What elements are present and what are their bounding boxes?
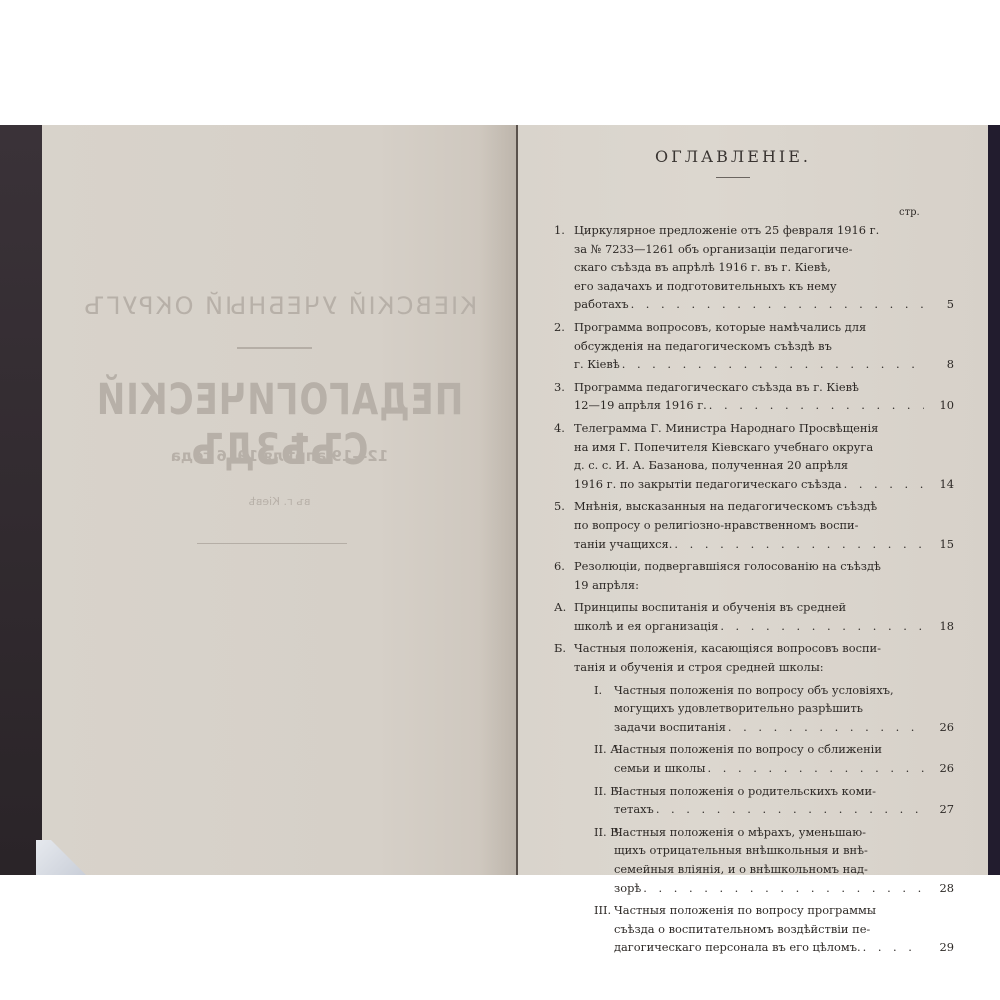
page-number: 10 <box>930 396 954 415</box>
entry-line: Частныя положенія по вопросу программы <box>614 901 926 920</box>
entry-line: Частныя положенія по вопросу о сближеніи <box>614 740 926 759</box>
entry-line: семьи и школы26 <box>614 759 926 778</box>
dot-leader <box>863 938 924 957</box>
entry-line: съѣзда о воспитательномъ воздѣйствіи пе- <box>614 920 926 939</box>
entry-line: за № 7233—1261 объ организаціи педагогич… <box>574 240 926 259</box>
entry-number: А. <box>554 598 566 617</box>
left-page-show-through: Кіевскій учебный округъ Педагогическій с… <box>42 125 517 875</box>
entry-line: д. с. с. И. А. Базанова, полученная 20 а… <box>574 456 926 475</box>
entry-line: Частныя положенія о родительскихъ коми- <box>614 782 926 801</box>
dot-leader <box>728 718 924 737</box>
entry-line: Частныя положенія о мѣрахъ, уменьшаю- <box>614 823 926 842</box>
toc-entry: А.Принципы воспитанія и обученія въ сред… <box>554 598 926 635</box>
table-of-contents: ОГЛАВЛЕНІЕ. стр. 1.Циркулярное предложен… <box>518 125 988 875</box>
page-number: 5 <box>930 295 954 314</box>
toc-entries: 1.Циркулярное предложеніе отъ 25 февраля… <box>554 221 926 961</box>
entry-line: Циркулярное предложеніе отъ 25 февраля 1… <box>574 221 926 240</box>
dot-leader <box>631 295 924 314</box>
toc-entry: III.Частныя положенія по вопросу програм… <box>554 901 926 957</box>
toc-entry: 1.Циркулярное предложеніе отъ 25 февраля… <box>554 221 926 314</box>
entry-line: Телеграмма Г. Министра Народнаго Просвѣщ… <box>574 419 926 438</box>
entry-line: дагогическаго персонала въ его цѣломъ.29 <box>614 938 926 957</box>
entry-line: 12—19 апрѣля 1916 г.10 <box>574 396 926 415</box>
entry-line: задачи воспитанія26 <box>614 718 926 737</box>
entry-line: 1916 г. по закрытіи педагогическаго съѣз… <box>574 475 926 494</box>
page-number: 26 <box>930 759 954 778</box>
ghost-line-district: Кіевскій учебный округъ <box>42 292 517 320</box>
entry-number: III. <box>594 901 611 920</box>
entry-line: тетахъ27 <box>614 800 926 819</box>
entry-number: 3. <box>554 378 565 397</box>
entry-line: 19 апрѣля: <box>574 576 926 595</box>
entry-line: по вопросу о религіозно-нравственномъ во… <box>574 516 926 535</box>
entry-line: могущихъ удовлетворительно разрѣшить <box>614 699 926 718</box>
toc-entry: I.Частныя положенія по вопросу объ услов… <box>554 681 926 737</box>
photo-edge-right <box>988 125 1000 875</box>
dot-leader <box>643 879 924 898</box>
entry-line: на имя Г. Попечителя Кіевскаго учебнаго … <box>574 438 926 457</box>
entry-line: Программа вопросовъ, которые намѣчались … <box>574 318 926 337</box>
toc-entry: II. Б.Частныя положенія о родительскихъ … <box>554 782 926 819</box>
page-number: 29 <box>930 938 954 957</box>
dot-leader <box>707 759 924 778</box>
toc-entry: II. В.Частныя положенія о мѣрахъ, уменьш… <box>554 823 926 897</box>
entry-number: II. В. <box>594 823 622 842</box>
entry-number: 5. <box>554 497 565 516</box>
entry-number: Б. <box>554 639 566 658</box>
entry-line: школѣ и ея организація18 <box>574 617 926 636</box>
dot-leader <box>844 475 924 494</box>
page-number: 27 <box>930 800 954 819</box>
entry-line: Частныя положенія по вопросу объ условія… <box>614 681 926 700</box>
entry-line: обсужденія на педагогическомъ съѣздѣ въ <box>574 337 926 356</box>
dot-leader <box>656 800 924 819</box>
page-number: 26 <box>930 718 954 737</box>
page-number: 28 <box>930 879 954 898</box>
entry-line: зорѣ28 <box>614 879 926 898</box>
toc-entry: 4.Телеграмма Г. Министра Народнаго Просв… <box>554 419 926 493</box>
entry-line: танія и обученія и строя средней школы: <box>574 658 926 677</box>
entry-line: щихъ отрицательныя внѣшкольныя и внѣ- <box>614 841 926 860</box>
dot-leader <box>622 355 924 374</box>
toc-entry: II. А.Частныя положенія по вопросу о сбл… <box>554 740 926 777</box>
entry-line: его задачахъ и подготовительныхъ къ нему <box>574 277 926 296</box>
entry-number: 2. <box>554 318 565 337</box>
page-number: 8 <box>930 355 954 374</box>
entry-line: скаго съѣзда въ апрѣлѣ 1916 г. въ г. Кіе… <box>574 258 926 277</box>
toc-entry: 5.Мнѣнія, высказанныя на педагогическомъ… <box>554 497 926 553</box>
title-rule <box>716 177 750 178</box>
toc-entry: 6.Резолюціи, подвергавшіяся голосованію … <box>554 557 926 594</box>
entry-line: г. Кіевѣ8 <box>574 355 926 374</box>
entry-line: Частныя положенія, касающіяся вопросовъ … <box>574 639 926 658</box>
entry-number: II. Б. <box>594 782 622 801</box>
entry-line: Мнѣнія, высказанныя на педагогическомъ с… <box>574 497 926 516</box>
toc-entry: 3.Программа педагогическаго съѣзда въ г.… <box>554 378 926 415</box>
entry-line: таніи учащихся.15 <box>574 535 926 554</box>
entry-number: I. <box>594 681 602 700</box>
entry-line: Принципы воспитанія и обученія въ средне… <box>574 598 926 617</box>
entry-number: 4. <box>554 419 565 438</box>
toc-entry: 2.Программа вопросовъ, которые намѣчалис… <box>554 318 926 374</box>
ghost-line-dates: 12—19 апрѣля 1916 года <box>42 447 517 465</box>
ghost-ornament-rule <box>197 543 347 544</box>
entry-line: Программа педагогическаго съѣзда въ г. К… <box>574 378 926 397</box>
page-number: 18 <box>930 617 954 636</box>
entry-number: 1. <box>554 221 565 240</box>
toc-entry: Б.Частныя положенія, касающіяся вопросов… <box>554 639 926 676</box>
dot-leader <box>709 396 924 415</box>
entry-line: работахъ5 <box>574 295 926 314</box>
dot-leader <box>674 535 924 554</box>
ghost-line-city: въ г. Кіевѣ <box>42 495 517 508</box>
entry-number: II. А. <box>594 740 623 759</box>
entry-line: Резолюціи, подвергавшіяся голосованію на… <box>574 557 926 576</box>
entry-number: 6. <box>554 557 565 576</box>
page-number: 15 <box>930 535 954 554</box>
ghost-rule <box>237 347 312 349</box>
dot-leader <box>720 617 924 636</box>
entry-line: семейныя вліянія, и о внѣшкольномъ над- <box>614 860 926 879</box>
page-column-header: стр. <box>899 207 920 218</box>
toc-title: ОГЛАВЛЕНІЕ. <box>518 147 948 166</box>
page-number: 14 <box>930 475 954 494</box>
